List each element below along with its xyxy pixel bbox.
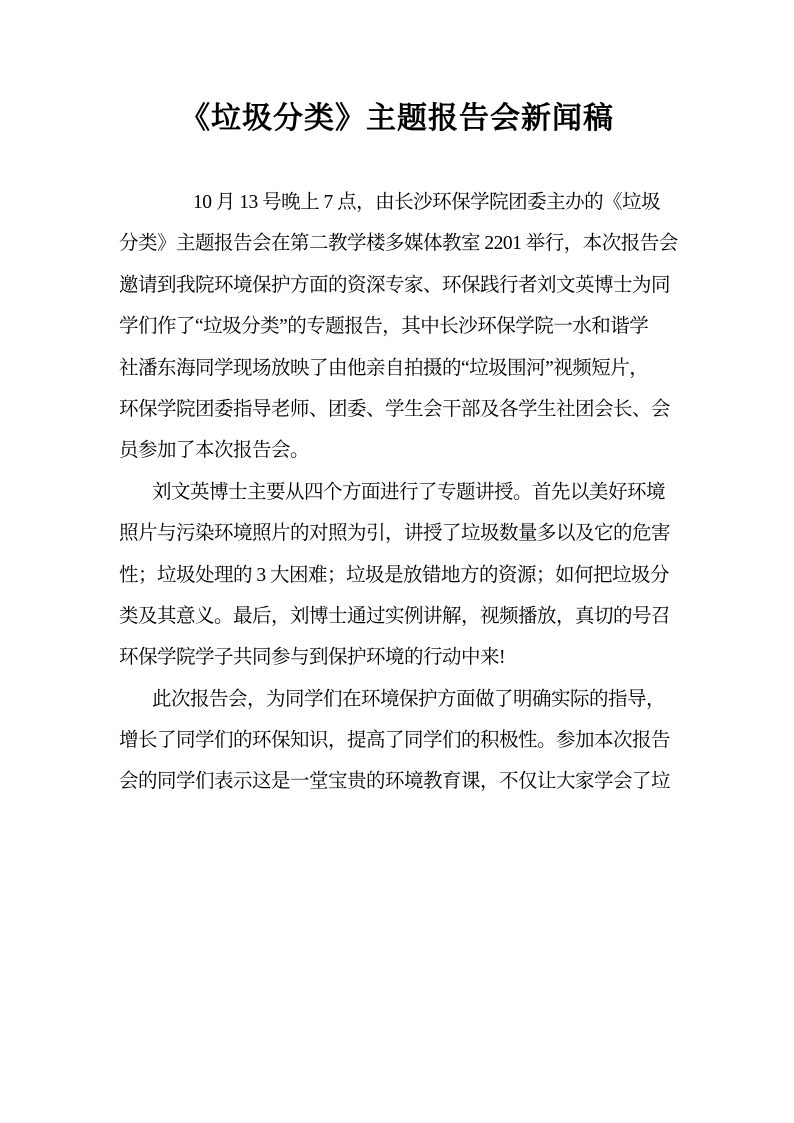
text-line: 类及其意义。最后，刘博士通过实例讲解，视频播放，真切的号召: [119, 596, 685, 637]
paragraph-3: 此次报告会，为同学们在环境保护方面做了明确实际的指导， 增长了同学们的环保知识，…: [119, 679, 685, 803]
text-line: 照片与污染环境照片的对照为引，讲授了垃圾数量多以及它的危害: [119, 513, 685, 554]
text-line: 会的同学们表示这是一堂宝贵的环境教育课，不仅让大家学会了垃: [119, 761, 685, 802]
text-line: 性；垃圾处理的 3 大困难；垃圾是放错地方的资源；如何把垃圾分: [119, 555, 685, 596]
text-line: 刘文英博士主要从四个方面进行了专题讲授。首先以美好环境: [119, 472, 685, 513]
document-title: 《垃圾分类》主题报告会新闻稿: [0, 0, 794, 141]
text-line: 分类》主题报告会在第二教学楼多媒体教室 2201 举行，本次报告会: [119, 223, 685, 264]
text-line: 环保学院学子共同参与到保护环境的行动中来!: [119, 637, 685, 678]
text-line: 10 月 13 号晚上 7 点，由长沙环保学院团委主办的《垃圾: [119, 182, 685, 223]
text-line: 此次报告会，为同学们在环境保护方面做了明确实际的指导，: [119, 679, 685, 720]
text-line: 员参加了本次报告会。: [119, 430, 685, 471]
paragraph-1: 10 月 13 号晚上 7 点，由长沙环保学院团委主办的《垃圾 分类》主题报告会…: [119, 182, 685, 472]
text-line: 增长了同学们的环保知识，提高了同学们的积极性。参加本次报告: [119, 720, 685, 761]
text-line: 社潘东海同学现场放映了由他亲自拍摄的“垃圾围河”视频短片，: [119, 348, 685, 389]
document-page: 《垃圾分类》主题报告会新闻稿 10 月 13 号晚上 7 点，由长沙环保学院团委…: [0, 0, 794, 1123]
text-line: 邀请到我院环境保护方面的资深专家、环保践行者刘文英博士为同: [119, 265, 685, 306]
text-line: 学们作了“垃圾分类”的专题报告，其中长沙环保学院一水和谐学: [119, 306, 685, 347]
document-body: 10 月 13 号晚上 7 点，由长沙环保学院团委主办的《垃圾 分类》主题报告会…: [119, 182, 685, 803]
text-line: 环保学院团委指导老师、团委、学生会干部及各学生社团会长、会: [119, 389, 685, 430]
paragraph-2: 刘文英博士主要从四个方面进行了专题讲授。首先以美好环境 照片与污染环境照片的对照…: [119, 472, 685, 679]
